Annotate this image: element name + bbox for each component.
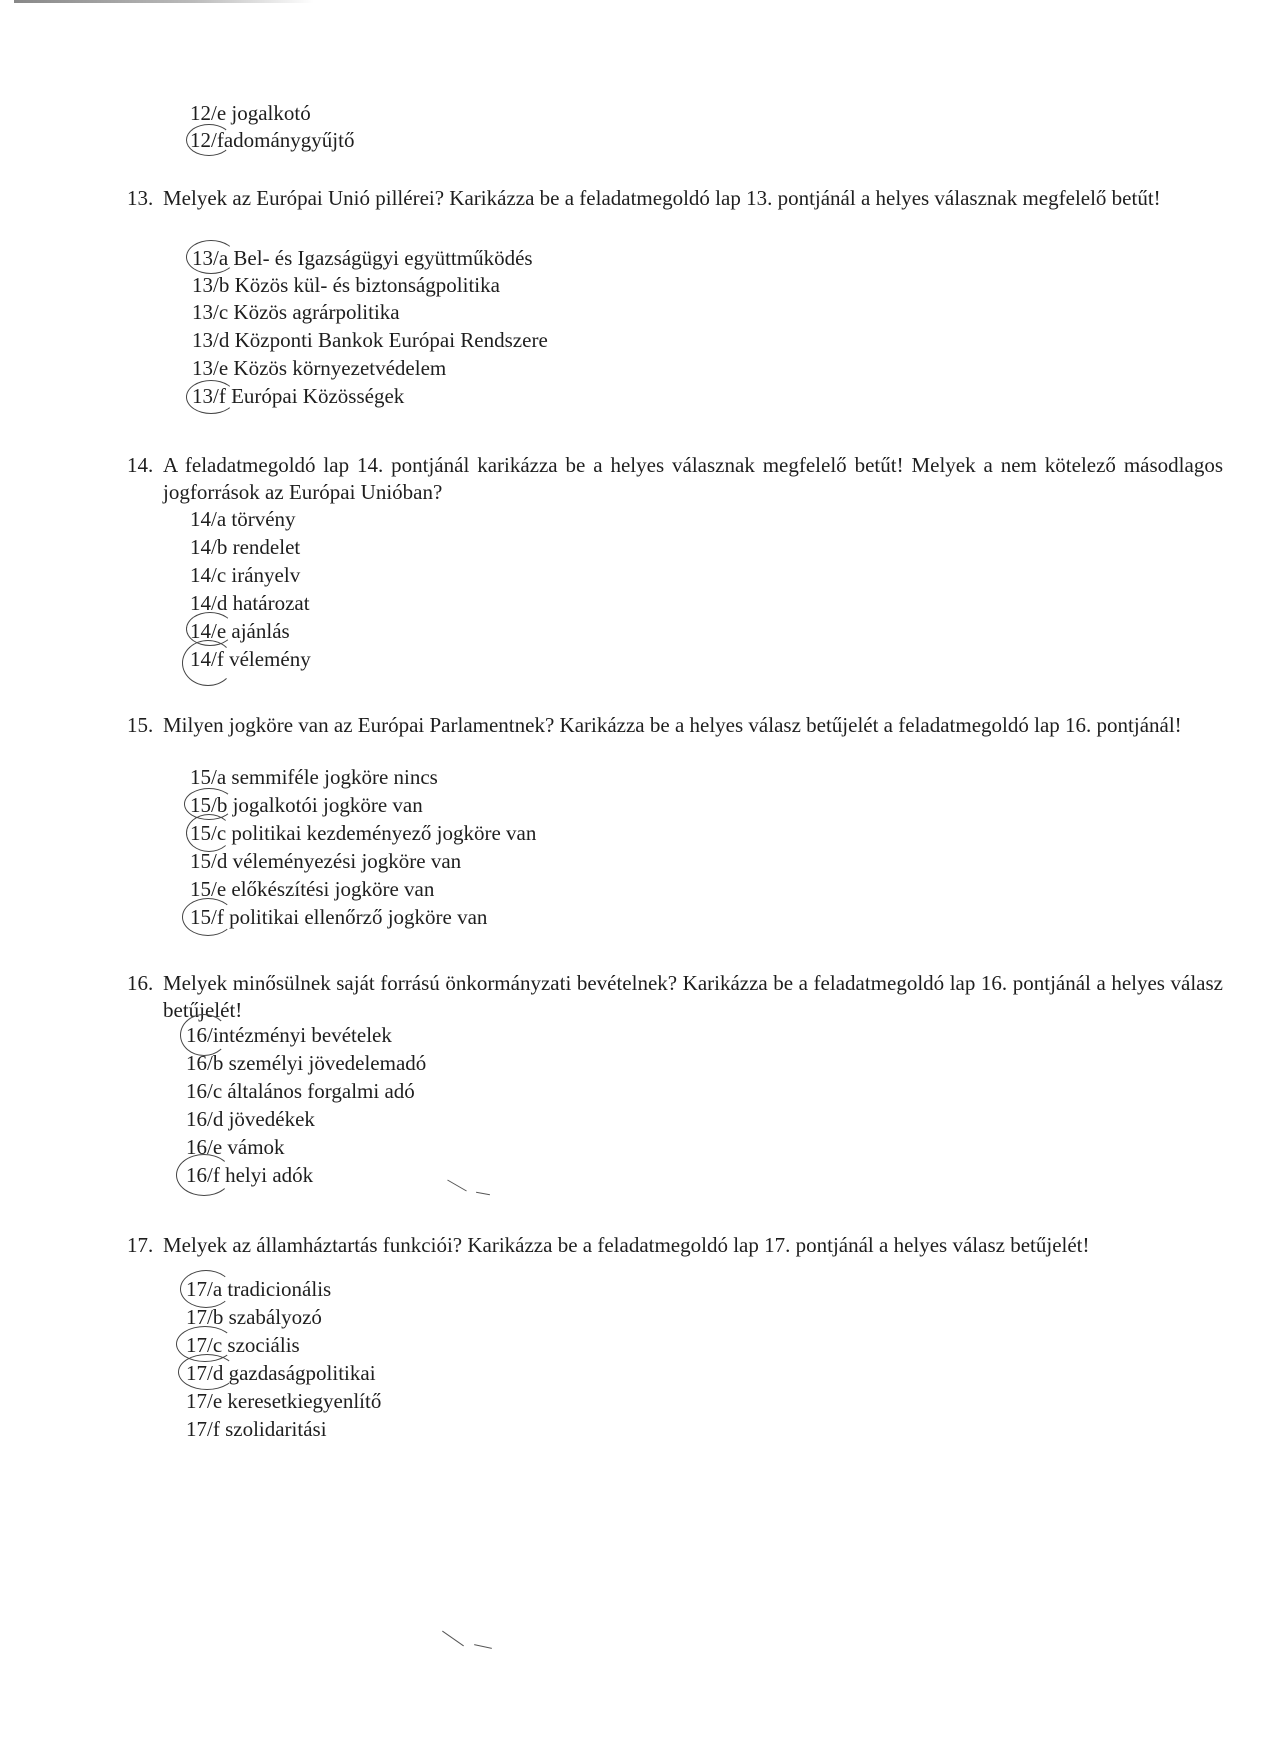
option-14a[interactable]: 14/a törvény [190,506,296,533]
pen-stroke [476,1192,490,1195]
option-12e[interactable]: 12/e jogalkotó [190,100,311,127]
option-text: tradicionális [227,1277,331,1301]
option-16a[interactable]: 16/intézményi bevételek [186,1022,392,1049]
option-label: 17/f [186,1417,220,1441]
pen-stroke [474,1644,492,1649]
question-text: Melyek az államháztartás funkciói? Karik… [163,1233,1090,1257]
option-label: 13/a [192,246,228,270]
option-label: 17/e [186,1389,222,1413]
pen-stroke [442,1631,464,1647]
option-label: 17/a [186,1277,222,1301]
question-text: Melyek az Európai Unió pillérei? Karikáz… [163,186,1161,210]
option-17c[interactable]: 17/c szociális [186,1332,300,1359]
option-label: 15/e [190,877,226,901]
option-13d[interactable]: 13/d Központi Bankok Európai Rendszere [192,327,548,354]
option-text: jogalkotói jogköre van [233,793,423,817]
question-number: 16. [127,970,153,997]
option-text: törvény [231,507,295,531]
option-13a[interactable]: 13/a Bel- és Igazságügyi együttműködés [192,245,533,272]
question-text: Milyen jogköre van az Európai Parlamentn… [163,713,1182,737]
option-text: általános forgalmi adó [227,1079,414,1103]
option-label: 17/d [186,1361,223,1385]
option-text: szabályozó [229,1305,322,1329]
option-15f[interactable]: 15/f politikai ellenőrző jogköre van [190,904,487,931]
option-text: személyi jövedelemadó [229,1051,427,1075]
option-16f[interactable]: 16/f helyi adók [186,1162,313,1189]
option-text: szolidaritási [225,1417,326,1441]
option-label: 14/a [190,507,226,531]
option-text: Bel- és Igazságügyi együttműködés [233,246,532,270]
question-text: Melyek minősülnek saját forrású önkormán… [163,971,1223,1022]
option-17e[interactable]: 17/e keresetkiegyenlítő [186,1388,381,1415]
question-number: 13. [127,185,153,212]
question-13: 13. Melyek az Európai Unió pillérei? Kar… [163,185,1223,212]
option-label: 16/ [186,1023,213,1047]
option-14f[interactable]: 14/f vélemény [190,646,311,673]
option-17b[interactable]: 17/b szabályozó [186,1304,322,1331]
option-label: 15/b [190,793,227,817]
option-text: Közös környezetvédelem [233,356,446,380]
option-text: semmiféle jogköre nincs [231,765,437,789]
option-label: 16/d [186,1107,223,1131]
option-12f[interactable]: 12/fadománygyűjtő [190,127,354,154]
option-13f[interactable]: 13/f Európai Közösségek [192,383,404,410]
question-15: 15. Milyen jogköre van az Európai Parlam… [163,712,1223,739]
question-number: 14. [127,452,153,479]
option-text: vámok [227,1135,284,1159]
option-label: 17/c [186,1333,222,1357]
option-17d[interactable]: 17/d gazdaságpolitikai [186,1360,376,1387]
option-text: ajánlás [231,619,289,643]
option-label: 16/f [186,1163,220,1187]
option-16b[interactable]: 16/b személyi jövedelemadó [186,1050,426,1077]
option-text: Központi Bankok Európai Rendszere [235,328,548,352]
option-13e[interactable]: 13/e Közös környezetvédelem [192,355,446,382]
option-label: 15/a [190,765,226,789]
option-text: Közös kül- és biztonságpolitika [235,273,500,297]
option-label: 14/b [190,535,227,559]
option-label: 14/f [190,647,224,671]
option-label: 13/c [192,300,228,324]
option-text: politikai kezdeményező jogköre van [231,821,536,845]
option-label: 14/d [190,591,227,615]
option-label: 12/f [190,128,224,152]
option-text: határozat [233,591,310,615]
option-14c[interactable]: 14/c irányelv [190,562,300,589]
option-text: jövedékek [229,1107,315,1131]
option-text: előkészítési jogköre van [231,877,434,901]
option-label: 15/c [190,821,226,845]
option-16e[interactable]: 16/e vámok [186,1134,285,1161]
option-15e[interactable]: 15/e előkészítési jogköre van [190,876,434,903]
option-label: 17/b [186,1305,223,1329]
option-16d[interactable]: 16/d jövedékek [186,1106,315,1133]
option-15c[interactable]: 15/c politikai kezdeményező jogköre van [190,820,536,847]
option-label: 13/d [192,328,229,352]
question-number: 15. [127,712,153,739]
option-text: irányelv [231,563,300,587]
scan-edge-line [14,0,314,3]
option-15a[interactable]: 15/a semmiféle jogköre nincs [190,764,438,791]
question-text: A feladatmegoldó lap 14. pontjánál karik… [163,453,1223,504]
option-14d[interactable]: 14/d határozat [190,590,310,617]
option-label: 13/f [192,384,226,408]
option-14b[interactable]: 14/b rendelet [190,534,300,561]
option-17a[interactable]: 17/a tradicionális [186,1276,331,1303]
option-text: jogalkotó [231,101,310,125]
option-15d[interactable]: 15/d véleményezési jogköre van [190,848,461,875]
option-17f[interactable]: 17/f szolidaritási [186,1416,327,1443]
option-13c[interactable]: 13/c Közös agrárpolitika [192,299,400,326]
option-13b[interactable]: 13/b Közös kül- és biztonságpolitika [192,272,500,299]
option-text: Közös agrárpolitika [233,300,399,324]
option-label: 13/e [192,356,228,380]
option-text: véleményezési jogköre van [233,849,462,873]
option-label: 15/f [190,905,224,929]
option-label: 14/c [190,563,226,587]
option-label: 16/c [186,1079,222,1103]
option-label: 12/e [190,101,226,125]
question-number: 17. [127,1232,153,1259]
question-17: 17. Melyek az államháztartás funkciói? K… [163,1232,1223,1259]
option-label: 16/e [186,1135,222,1159]
option-text: keresetkiegyenlítő [227,1389,381,1413]
option-text: intézményi bevételek [213,1023,392,1047]
option-text: politikai ellenőrző jogköre van [229,905,487,929]
option-16c[interactable]: 16/c általános forgalmi adó [186,1078,415,1105]
option-text: helyi adók [225,1163,313,1187]
option-label: 15/d [190,849,227,873]
option-label: 13/b [192,273,229,297]
option-text: gazdaságpolitikai [229,1361,376,1385]
question-16: 16. Melyek minősülnek saját forrású önko… [163,970,1223,1024]
question-14: 14. A feladatmegoldó lap 14. pontjánál k… [163,452,1223,506]
pen-stroke [447,1180,467,1192]
option-label: 16/b [186,1051,223,1075]
option-text: szociális [227,1333,299,1357]
option-label: 14/e [190,619,226,643]
option-text: Európai Közösségek [231,384,404,408]
option-15b[interactable]: 15/b jogalkotói jogköre van [190,792,423,819]
option-text: rendelet [233,535,301,559]
option-text: adománygyűjtő [224,128,355,152]
option-text: vélemény [229,647,311,671]
option-14e[interactable]: 14/e ajánlás [190,618,290,645]
